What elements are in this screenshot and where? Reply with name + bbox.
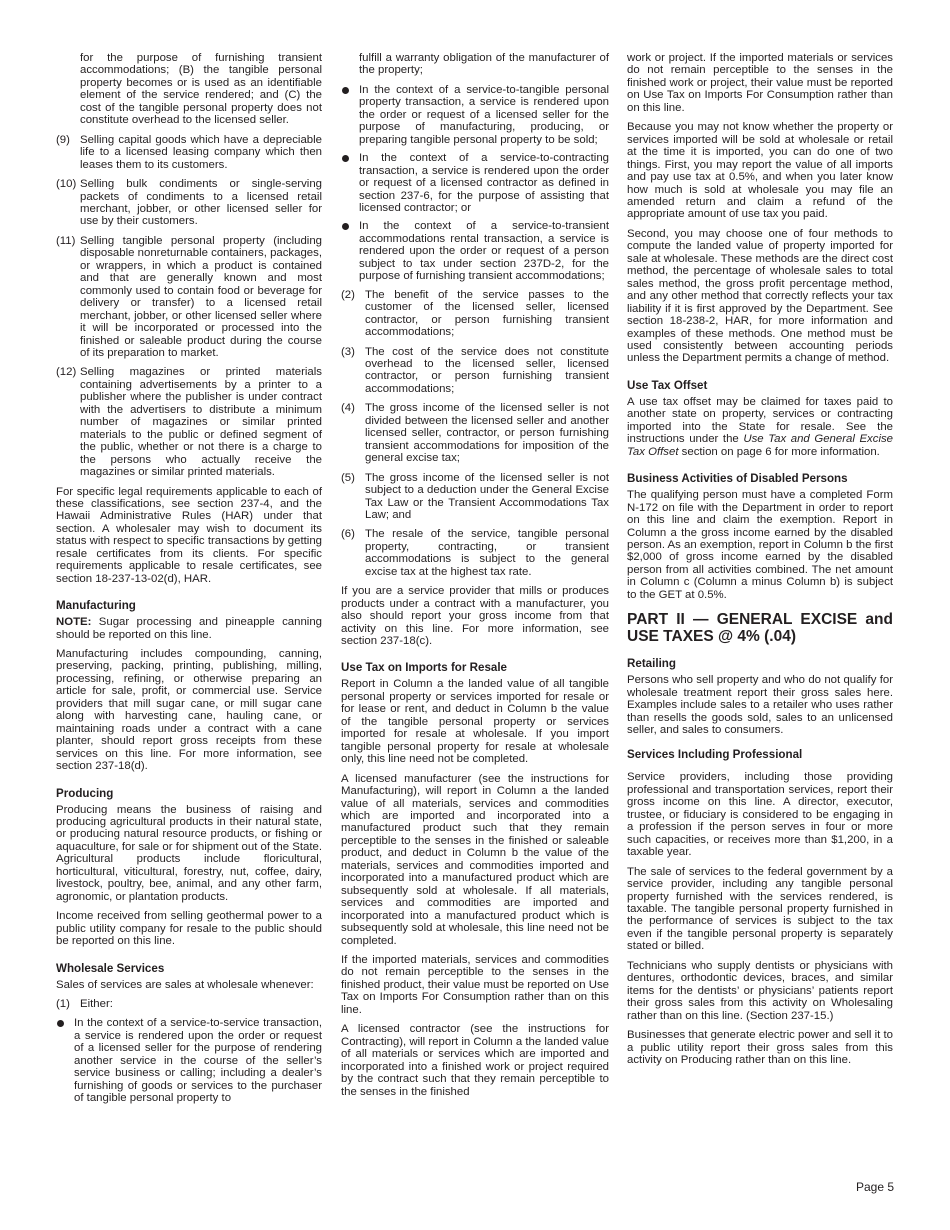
bullet-text: In the context of a service-to-contracti… <box>359 152 609 214</box>
producing-paragraph-1: Producing means the business of raising … <box>56 804 322 904</box>
item-text: The gross income of the licensed seller … <box>365 402 609 464</box>
bullet-item: In the context of a service-to-tangible … <box>341 84 609 146</box>
item-8-continuation: for the purpose of furnishing transient … <box>56 52 322 127</box>
item-number: (3) <box>341 346 365 396</box>
retailing-heading: Retailing <box>627 657 893 670</box>
services-paragraph-1: Service providers, including those provi… <box>627 771 893 858</box>
item-number: (5) <box>341 472 365 522</box>
list-item-10: (10) Selling bulk condiments or single-s… <box>56 178 322 228</box>
item-text: Selling tangible personal property (incl… <box>80 235 322 360</box>
bullet-item: In the context of a service-to-contracti… <box>341 152 609 214</box>
item-text: The cost of the service does not constit… <box>365 346 609 396</box>
item-number: (9) <box>56 134 80 171</box>
use-tax-offset-paragraph: A use tax offset may be claimed for taxe… <box>627 396 893 458</box>
second-methods-paragraph: Second, you may choose one of four metho… <box>627 228 893 365</box>
column-3: work or project. If the imported materia… <box>627 52 893 1073</box>
item-number: (1) <box>56 998 80 1010</box>
list-item-11: (11) Selling tangible personal property … <box>56 235 322 360</box>
column-2: fulfill a warranty obligation of the man… <box>341 52 609 1105</box>
bullet-icon <box>56 1017 74 1104</box>
page-number: Page 5 <box>856 1180 894 1194</box>
item-number: (10) <box>56 178 80 228</box>
item-number: (6) <box>341 528 365 578</box>
use-tax-imports-paragraph-3: If the imported materials, services and … <box>341 954 609 1016</box>
use-tax-imports-paragraph-4: A licensed contractor (see the instructi… <box>341 1023 609 1098</box>
list-item-1: (1) Either: <box>56 998 322 1010</box>
offset-text: section on page 6 for more information. <box>679 446 880 458</box>
service-provider-paragraph: If you are a service provider that mills… <box>341 585 609 647</box>
bullet-text: In the context of a service-to-tangible … <box>359 84 609 146</box>
services-paragraph-3: Technicians who supply dentists or physi… <box>627 960 893 1022</box>
list-item-4: (4) The gross income of the licensed sel… <box>341 402 609 464</box>
item-number: (4) <box>341 402 365 464</box>
services-professional-heading: Services Including Professional <box>627 748 893 761</box>
list-item-3: (3) The cost of the service does not con… <box>341 346 609 396</box>
list-item-5: (5) The gross income of the licensed sel… <box>341 472 609 522</box>
item-number: (11) <box>56 235 80 360</box>
wholesale-services-intro: Sales of services are sales at wholesale… <box>56 979 322 991</box>
list-item-6: (6) The resale of the service, tangible … <box>341 528 609 578</box>
producing-paragraph-2: Income received from selling geothermal … <box>56 910 322 947</box>
because-paragraph: Because you may not know whether the pro… <box>627 121 893 221</box>
bullet-icon <box>341 220 359 282</box>
item-text: The benefit of the service passes to the… <box>365 289 609 339</box>
item-number: (12) <box>56 366 80 478</box>
bullet-icon <box>341 152 359 214</box>
use-tax-imports-paragraph-1: Report in Column a the landed value of a… <box>341 678 609 765</box>
item-text: Either: <box>80 998 322 1010</box>
legal-requirements-paragraph: For specific legal requirements applicab… <box>56 486 322 586</box>
contractor-continuation: work or project. If the imported materia… <box>627 52 893 114</box>
item-text: Selling bulk condiments or single-servin… <box>80 178 322 228</box>
bullet-item: In the context of a service-to-service t… <box>56 1017 322 1104</box>
manufacturing-note: NOTE: Sugar processing and pineapple can… <box>56 616 322 641</box>
column-1: for the purpose of furnishing transient … <box>56 52 322 1111</box>
bullet-icon <box>341 84 359 146</box>
part-2-heading: PART II — GENERAL EXCISE and USE TAXES @… <box>627 611 893 645</box>
producing-heading: Producing <box>56 787 322 800</box>
note-text: Sugar processing and pineapple canning s… <box>56 616 322 640</box>
list-item-12: (12) Selling magazines or printed materi… <box>56 366 322 478</box>
bullet-text: In the context of a service-to-transient… <box>359 220 609 282</box>
bullet-item: In the context of a service-to-transient… <box>341 220 609 282</box>
disabled-persons-paragraph: The qualifying person must have a comple… <box>627 489 893 601</box>
bullet-text: In the context of a service-to-service t… <box>74 1017 322 1104</box>
manufacturing-heading: Manufacturing <box>56 599 322 612</box>
item-text: Selling magazines or printed materials c… <box>80 366 322 478</box>
item-number: (2) <box>341 289 365 339</box>
disabled-persons-heading: Business Activities of Disabled Persons <box>627 472 893 485</box>
item-text: The resale of the service, tangible pers… <box>365 528 609 578</box>
use-tax-imports-paragraph-2: A licensed manufacturer (see the instruc… <box>341 773 609 947</box>
manufacturing-paragraph: Manufacturing includes compounding, cann… <box>56 648 322 773</box>
retailing-paragraph: Persons who sell property and who do not… <box>627 674 893 736</box>
item-text: Selling capital goods which have a depre… <box>80 134 322 171</box>
note-label: NOTE: <box>56 616 91 628</box>
use-tax-offset-heading: Use Tax Offset <box>627 379 893 392</box>
wholesale-services-heading: Wholesale Services <box>56 962 322 975</box>
services-paragraph-4: Businesses that generate electric power … <box>627 1029 893 1066</box>
services-paragraph-2: The sale of services to the federal gove… <box>627 866 893 953</box>
use-tax-imports-heading: Use Tax on Imports for Resale <box>341 661 609 674</box>
list-item-9: (9) Selling capital goods which have a d… <box>56 134 322 171</box>
list-item-2: (2) The benefit of the service passes to… <box>341 289 609 339</box>
item-text: The gross income of the licensed seller … <box>365 472 609 522</box>
bullet-continuation: fulfill a warranty obligation of the man… <box>341 52 609 77</box>
